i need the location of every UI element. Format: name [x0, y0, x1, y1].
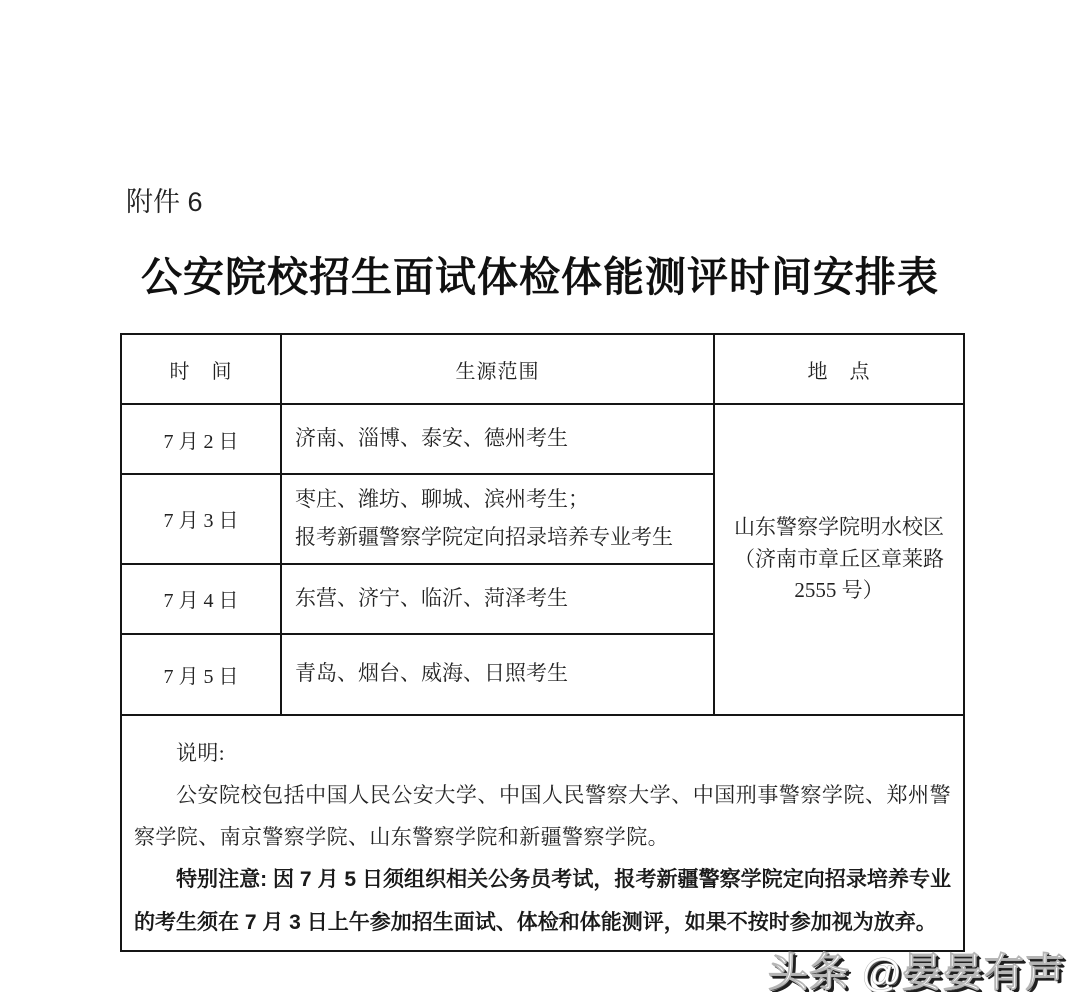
table-header-row: 时 间 生源范围 地 点 [121, 334, 964, 404]
location-cell: 山东警察学院明水校区 （济南市章丘区章莱路 2555 号） [714, 404, 964, 715]
header-scope: 生源范围 [281, 334, 714, 404]
time-cell: 7 月 3 日 [121, 474, 281, 564]
notes-special-warning: 特别注意: 因 7 月 5 日须组织相关公务员考试，报考新疆警察学院定向招录培养… [134, 858, 951, 944]
time-cell: 7 月 5 日 [121, 634, 281, 715]
notes-body: 公安院校包括中国人民公安大学、中国人民警察大学、中国刑事警察学院、郑州警察学院、… [134, 774, 951, 858]
scope-cell: 济南、淄博、泰安、德州考生 [281, 404, 714, 474]
page-title: 公安院校招生面试体检体能测评时间安排表 [0, 244, 1080, 303]
location-line: （济南市章丘区章莱路 [727, 544, 951, 576]
table-row: 7 月 2 日 济南、淄博、泰安、德州考生 山东警察学院明水校区 （济南市章丘区… [121, 404, 964, 474]
watermark: 头条 @晏晏有声 [768, 941, 1066, 992]
attachment-label: 附件 6 [126, 180, 203, 219]
scope-cell: 青岛、烟台、威海、日照考生 [281, 634, 714, 715]
notes-row: 说明: 公安院校包括中国人民公安大学、中国人民警察大学、中国刑事警察学院、郑州警… [121, 715, 964, 951]
time-cell: 7 月 4 日 [121, 564, 281, 634]
scope-cell: 枣庄、潍坊、聊城、滨州考生； 报考新疆警察学院定向招录培养专业考生 [281, 474, 714, 564]
header-time: 时 间 [121, 334, 281, 404]
scope-line: 枣庄、潍坊、聊城、滨州考生； [295, 481, 705, 519]
scope-line: 青岛、烟台、威海、日照考生 [295, 655, 705, 693]
scope-line: 报考新疆警察学院定向招录培养专业考生 [295, 519, 705, 557]
document-page: 附件 6 公安院校招生面试体检体能测评时间安排表 时 间 生源范围 地 点 7 … [0, 0, 1080, 992]
scope-line: 东营、济宁、临沂、菏泽考生 [295, 580, 705, 618]
notes-cell: 说明: 公安院校包括中国人民公安大学、中国人民警察大学、中国刑事警察学院、郑州警… [121, 715, 964, 951]
notes-label: 说明: [134, 732, 951, 774]
scope-cell: 东营、济宁、临沂、菏泽考生 [281, 564, 714, 634]
scope-line: 济南、淄博、泰安、德州考生 [295, 420, 705, 458]
schedule-table: 时 间 生源范围 地 点 7 月 2 日 济南、淄博、泰安、德州考生 山东警察学… [120, 333, 965, 952]
location-line: 山东警察学院明水校区 [727, 512, 951, 544]
time-cell: 7 月 2 日 [121, 404, 281, 474]
location-line: 2555 号） [727, 575, 951, 607]
header-location: 地 点 [714, 334, 964, 404]
